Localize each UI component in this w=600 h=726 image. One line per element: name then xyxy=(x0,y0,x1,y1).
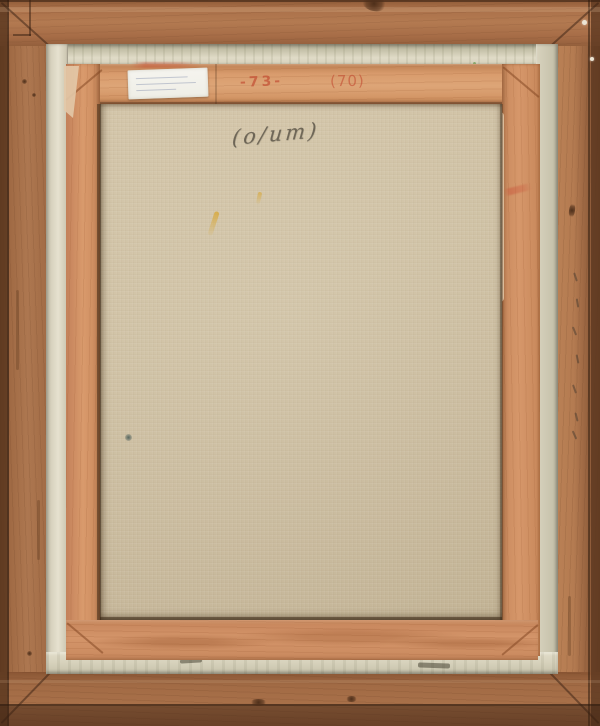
label-writing-line xyxy=(136,76,188,79)
frame-bottom-edge-strip xyxy=(0,706,600,726)
stretcher-red-size: (70) xyxy=(330,72,365,91)
nail-hole-left-2 xyxy=(32,93,36,97)
stretcher-red-number: -73- xyxy=(240,73,284,90)
frame-right-edge-strip xyxy=(591,0,600,726)
stretcher-bar-bottom xyxy=(66,620,538,660)
frame-corner-notch-horizontal xyxy=(13,34,31,36)
liner-left xyxy=(46,44,68,674)
white-speck-top-right-2 xyxy=(590,57,594,61)
canvas-back xyxy=(100,104,502,620)
frame-right-seam xyxy=(588,0,590,726)
frame-left-edge-strip xyxy=(0,0,7,726)
wood-grain-streak-right xyxy=(568,596,571,656)
canvas-seam-top xyxy=(100,102,502,104)
pencil-mark xyxy=(576,298,580,307)
stretcher-bar-left xyxy=(66,64,100,656)
blue-paint-dot xyxy=(125,434,132,441)
photo-back-of-framed-painting: (o/um) -73- (70) xyxy=(0,0,600,726)
pencil-mark xyxy=(573,272,578,281)
stretcher-crease-line xyxy=(215,64,217,104)
wood-knot-bottom-2 xyxy=(346,696,357,702)
frame-left-seam xyxy=(7,0,9,726)
frame-top-grain-highlight xyxy=(0,7,600,12)
frame-inscription-marks xyxy=(566,272,586,442)
pencil-mark xyxy=(572,430,577,439)
frame-corner-notch-vertical xyxy=(29,0,31,36)
canvas-seam-bottom xyxy=(100,617,502,620)
canvas-seam-left xyxy=(97,104,101,620)
paper-label xyxy=(128,68,209,100)
red-smudge-above-label xyxy=(131,62,201,68)
stretcher-bar-right xyxy=(502,64,540,656)
wood-grain-streak-left-2 xyxy=(37,500,40,560)
pencil-mark xyxy=(572,326,577,335)
frame-top-edge-line xyxy=(0,0,600,2)
pencil-mark xyxy=(572,384,577,393)
frame-bottom-seam xyxy=(0,704,600,706)
liner-top xyxy=(46,44,558,66)
nail-hole-left-1 xyxy=(22,79,27,84)
wood-knot-bottom-1 xyxy=(250,699,267,706)
nail-hole-bottom-left xyxy=(27,651,32,656)
white-speck-top-right-1 xyxy=(582,20,587,25)
grime-mark-bottom-2 xyxy=(418,662,450,668)
pencil-mark xyxy=(574,412,578,421)
label-writing-line xyxy=(136,82,196,85)
frame-bottom-grain-highlight xyxy=(0,680,600,683)
label-writing-line xyxy=(136,89,176,91)
wood-grain-streak-left-1 xyxy=(16,290,19,370)
pencil-mark xyxy=(576,354,580,363)
canvas-seam-right xyxy=(500,104,503,620)
